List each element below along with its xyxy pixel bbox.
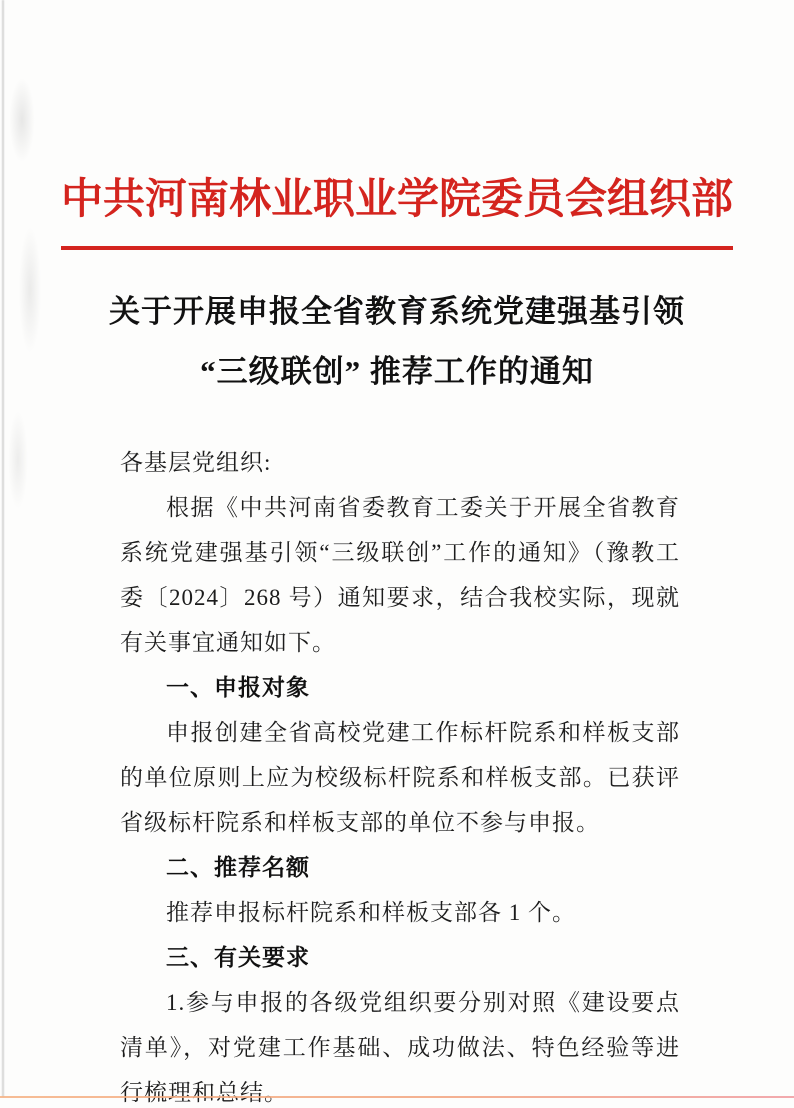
section-heading-3: 三、有关要求 <box>120 935 680 980</box>
scan-bottom-line-artifact <box>0 1096 794 1098</box>
document-body: 各基层党组织: 根据《中共河南省委教育工委关于开展全省教育系统党建强基引领“三级… <box>120 440 680 1108</box>
document-title-line2: “三级联创” 推荐工作的通知 <box>0 342 794 402</box>
salutation: 各基层党组织: <box>120 440 680 485</box>
scan-left-edge-artifact <box>2 0 4 1097</box>
letterhead-divider-rule <box>61 246 733 250</box>
section-2-paragraph: 推荐申报标杆院系和样板支部各 1 个。 <box>120 890 680 935</box>
section-heading-1: 一、申报对象 <box>120 665 680 710</box>
document-title-line1: 关于开展申报全省教育系统党建强基引领 <box>0 282 794 342</box>
section-3-paragraph: 1.参与申报的各级党组织要分别对照《建设要点清单》，对党建工作基础、成功做法、特… <box>120 980 680 1108</box>
scanned-document-page: 中共河南林业职业学院委员会组织部 关于开展申报全省教育系统党建强基引领 “三级联… <box>0 0 794 1108</box>
section-1-paragraph: 申报创建全省高校党建工作标杆院系和样板支部的单位原则上应为校级标杆院系和样板支部… <box>120 710 680 845</box>
intro-paragraph: 根据《中共河南省委教育工委关于开展全省教育系统党建强基引领“三级联创”工作的通知… <box>120 485 680 665</box>
letterhead-issuer: 中共河南林业职业学院委员会组织部 <box>0 0 794 228</box>
scan-smudge-artifact <box>0 30 46 530</box>
section-heading-2: 二、推荐名额 <box>120 845 680 890</box>
document-title: 关于开展申报全省教育系统党建强基引领 “三级联创” 推荐工作的通知 <box>0 282 794 402</box>
